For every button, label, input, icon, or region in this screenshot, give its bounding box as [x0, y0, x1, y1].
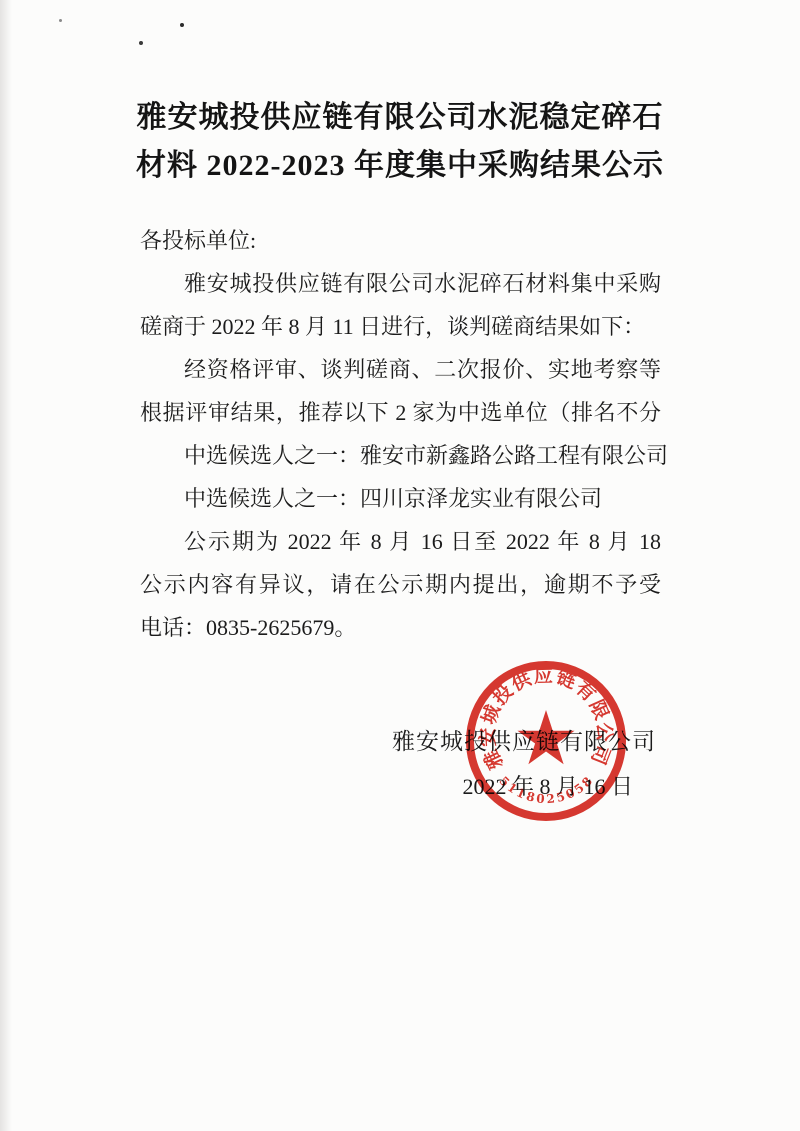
body-line: 中选候选人之一：雅安市新鑫路公路工程有限公司	[140, 434, 661, 477]
scan-speck	[59, 19, 62, 22]
scanned-document-page: 雅安城投供应链有限公司水泥稳定碎石 材料 2022-2023 年度集中采购结果公…	[0, 0, 800, 1131]
document-title: 雅安城投供应链有限公司水泥稳定碎石 材料 2022-2023 年度集中采购结果公…	[0, 94, 800, 190]
title-line-2: 材料 2022-2023 年度集中采购结果公示	[0, 142, 800, 190]
seal-star-icon	[517, 710, 574, 764]
body-line: 经资格评审、谈判磋商、二次报价、实地考察等程序，	[140, 348, 661, 391]
body-line: 根据评审结果，推荐以下 2 家为中选单位（排名不分先后）。	[140, 391, 661, 434]
body-line: 雅安城投供应链有限公司水泥碎石材料集中采购谈判	[140, 262, 661, 305]
company-seal-stamp: 雅安城投供应链有限公司 5118025058907	[446, 641, 646, 841]
scan-speck	[180, 23, 184, 27]
scan-speck	[139, 41, 143, 45]
body-line: 磋商于 2022 年 8 月 11 日进行，谈判磋商结果如下：	[140, 305, 661, 348]
document-body: 各投标单位: 雅安城投供应链有限公司水泥碎石材料集中采购谈判 磋商于 2022 …	[140, 219, 661, 649]
body-line: 公示期为 2022 年 8 月 16 日至 2022 年 8 月 18 日，如对	[140, 520, 661, 563]
title-line-1: 雅安城投供应链有限公司水泥稳定碎石	[0, 94, 800, 142]
body-line: 公示内容有异议，请在公示期内提出，逾期不予受理。投诉	[140, 563, 661, 606]
body-line: 中选候选人之一：四川京泽龙实业有限公司	[140, 477, 661, 520]
salutation: 各投标单位:	[140, 219, 661, 262]
